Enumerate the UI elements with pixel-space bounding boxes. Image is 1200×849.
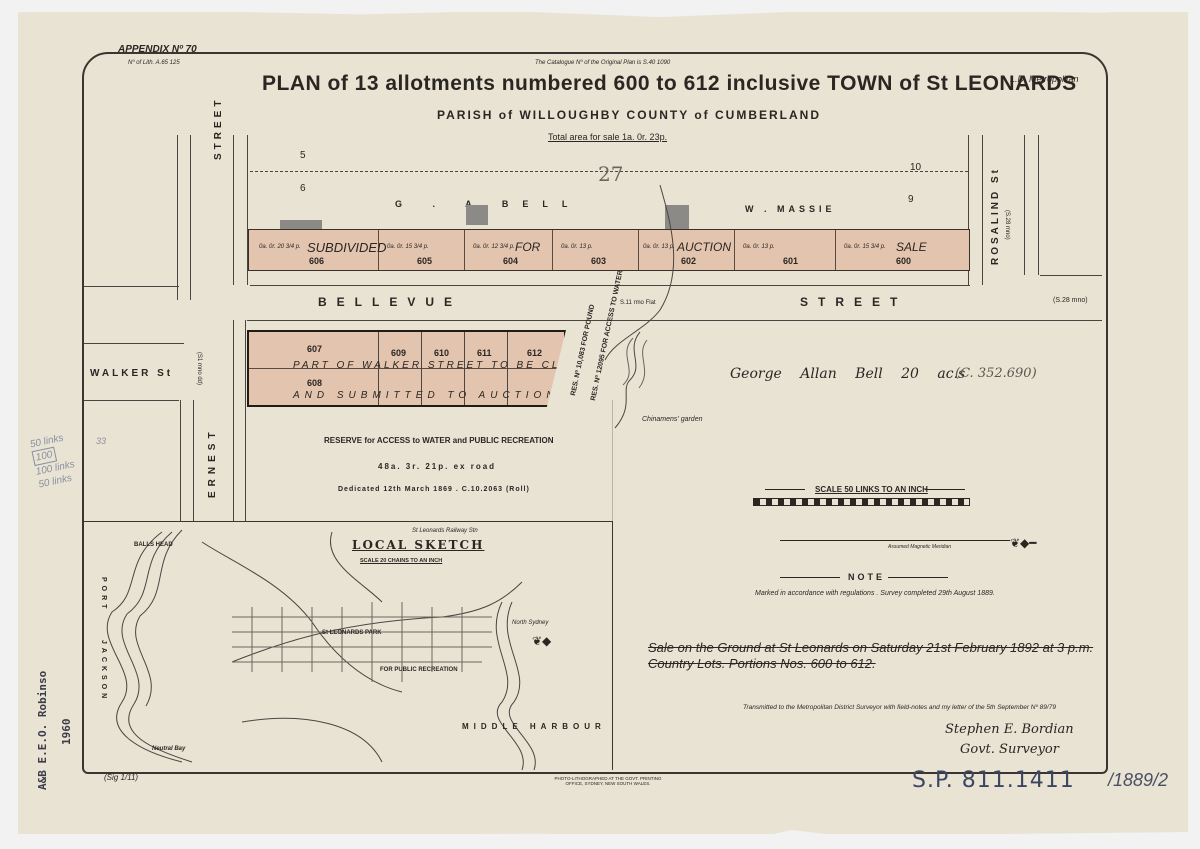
reserve-line-3: Dedicated 12th March 1869 . C.10.2063 (R… bbox=[338, 486, 530, 493]
map-title: PLAN of 13 allotments numbered 600 to 61… bbox=[262, 72, 1077, 96]
lot-604[interactable]: 0a. 0r. 12 3/4 p. FOR 604 bbox=[465, 230, 553, 270]
bellevue-width: (S.28 mno) bbox=[1053, 297, 1088, 304]
note-heading: NOTE bbox=[848, 572, 885, 582]
street-label-bellevue: BELLEVUE bbox=[318, 295, 462, 309]
rule bbox=[780, 577, 840, 578]
lot-caption: SALE bbox=[896, 240, 927, 254]
sale-line-1: Sale on the Ground at St Leonards on Sat… bbox=[648, 640, 1093, 655]
scale-bar bbox=[753, 498, 970, 506]
creek-line bbox=[575, 140, 725, 520]
label-balls-head: BALLS HEAD bbox=[134, 542, 173, 548]
owner-ga-bell: G . A BELL bbox=[395, 199, 581, 209]
street-line bbox=[233, 320, 234, 522]
catalogue-hand-ref: /1889/2 bbox=[1108, 770, 1168, 791]
lot-area: 0a. 0r. 15 3/4 p. bbox=[387, 244, 429, 250]
street-label-street: STREET bbox=[800, 295, 907, 309]
lot-608[interactable]: 608 bbox=[307, 378, 322, 388]
street-label-rosalind: ROSALIND St bbox=[990, 167, 1001, 265]
rule bbox=[925, 489, 965, 490]
reserve-line-2: 48a. 3r. 21p. ex road bbox=[378, 462, 496, 471]
meridian-ornament-icon: ❦◆━ bbox=[1010, 536, 1037, 550]
owner-w-massie: W . MASSIE bbox=[745, 204, 836, 214]
lot-612[interactable]: 612 bbox=[527, 348, 542, 358]
margin-stamp-year: 1960 bbox=[60, 719, 73, 746]
lot-610[interactable]: 610 bbox=[434, 348, 449, 358]
pencil-note-number: 33 bbox=[96, 436, 106, 446]
transmittal-text: Transmitted to the Metropolitan District… bbox=[743, 704, 1056, 711]
margin-stamp-name: A&B E.E.O. Robinso bbox=[36, 671, 49, 790]
scale-label: SCALE 50 LINKS TO AN INCH bbox=[815, 485, 928, 494]
label-st-leonards-park: St LEONARDS PARK bbox=[322, 630, 382, 636]
sale-line-2: Country Lots. Portions Nos. 600 to 612. bbox=[648, 656, 876, 671]
lot-caption: SUBDIVIDED bbox=[307, 240, 386, 255]
street-line bbox=[1040, 275, 1102, 276]
lot-caption: FOR bbox=[515, 240, 540, 254]
street-label-ernest: ERNEST bbox=[207, 427, 218, 498]
catalogue-stamp: S.P. 811.1411 bbox=[912, 768, 1075, 793]
street-line bbox=[233, 135, 234, 285]
street-line bbox=[1024, 135, 1025, 275]
surveyor-role: Govt. Surveyor bbox=[960, 742, 1059, 757]
street-line bbox=[1038, 135, 1039, 275]
street-line bbox=[180, 400, 181, 522]
lot-number-6: 6 bbox=[300, 183, 306, 194]
lot-number-9: 9 bbox=[908, 194, 914, 205]
inset-title: LOCAL SKETCH bbox=[352, 538, 484, 552]
note-text: Marked in accordance with regulations . … bbox=[755, 590, 995, 597]
lot-number: 600 bbox=[896, 256, 911, 266]
lot-606[interactable]: 0a. 0r. 20 3/4 p. SUBDIVIDED 606 bbox=[249, 230, 379, 270]
lot-area: 0a. 0r. 12 3/4 p. bbox=[473, 244, 515, 250]
label-railway: St Leonards Railway Stn bbox=[412, 528, 478, 534]
street-line bbox=[84, 286, 179, 287]
lot-area: 0a. 0r. 20 3/4 p. bbox=[259, 244, 301, 250]
lot-number: 601 bbox=[783, 256, 798, 266]
lot-607[interactable]: 607 bbox=[307, 344, 322, 354]
owner-george-allan-bell: George Allan Bell 20 ac.s bbox=[730, 366, 965, 382]
street-label-ernest-upper: STREET bbox=[213, 97, 224, 160]
meridian-label: Assumed Magnetic Meridian bbox=[888, 544, 951, 550]
street-label-walker: WALKER St bbox=[90, 368, 173, 379]
meridian-line bbox=[780, 540, 1010, 541]
lot-area: 0a. 0r. 13 p. bbox=[743, 244, 775, 250]
street-line bbox=[177, 135, 178, 300]
lot-600[interactable]: 0a. 0r. 15 3/4 p. SALE 600 bbox=[836, 230, 968, 270]
inset-scale: SCALE 20 CHAINS TO AN INCH bbox=[360, 558, 442, 564]
street-line bbox=[84, 343, 184, 344]
local-sketch-inset: LOCAL SKETCH SCALE 20 CHAINS TO AN INCH … bbox=[82, 521, 613, 770]
street-line bbox=[245, 320, 246, 522]
owner-ref: (C. 352.690) bbox=[955, 366, 1037, 381]
label-middle-harbour: MIDDLE HARBOUR bbox=[462, 722, 606, 731]
street-line bbox=[193, 400, 194, 522]
label-public-recreation: FOR PUBLIC RECREATION bbox=[380, 667, 458, 673]
lot-number: 606 bbox=[309, 256, 324, 266]
lot-605[interactable]: 0a. 0r. 15 3/4 p. 605 bbox=[379, 230, 465, 270]
building bbox=[466, 205, 488, 225]
street-line bbox=[84, 400, 179, 401]
ernest-width: (S1 mno dd) bbox=[196, 352, 202, 385]
rosalind-width: (S.28 mno) bbox=[1004, 210, 1010, 240]
label-jackson: JACKSON bbox=[100, 640, 107, 702]
lot-601[interactable]: 0a. 0r. 13 p. 601 bbox=[735, 230, 836, 270]
closure-caption-1: PART OF WALKER STREET TO BE CLOSED bbox=[293, 360, 601, 371]
lot-area: 0a. 0r. 15 3/4 p. bbox=[844, 244, 886, 250]
lot-number-5: 5 bbox=[300, 150, 306, 161]
street-line bbox=[190, 135, 191, 300]
label-north-sydney: North Sydney bbox=[512, 620, 548, 626]
south-lots: 607 609 610 611 612 608 PART OF WALKER S… bbox=[247, 330, 566, 407]
compass-ornament-icon: ❦◆ bbox=[532, 634, 551, 648]
street-line bbox=[982, 135, 983, 285]
lot-609[interactable]: 609 bbox=[391, 348, 406, 358]
printer-credit: PHOTO-LITHOGRAPHED AT THE GOVT. PRINTING… bbox=[548, 776, 668, 786]
lot-number: 605 bbox=[417, 256, 432, 266]
lot-611[interactable]: 611 bbox=[477, 348, 492, 358]
label-port: PORT bbox=[100, 577, 107, 612]
rule bbox=[765, 489, 805, 490]
map-subtitle: PARISH of WILLOUGHBY COUNTY of CUMBERLAN… bbox=[437, 108, 821, 122]
surveyor-signature: Stephen E. Bordian bbox=[945, 722, 1074, 737]
lot-number-10: 10 bbox=[910, 162, 921, 173]
rule bbox=[888, 577, 948, 578]
reserve-line-1: RESERVE for ACCESS to WATER and PUBLIC R… bbox=[324, 436, 554, 445]
lot-number: 604 bbox=[503, 256, 518, 266]
inset-footer-ref: (Sig 1/11) bbox=[104, 773, 138, 782]
label-neutral-bay: Neutral Bay bbox=[152, 746, 185, 752]
